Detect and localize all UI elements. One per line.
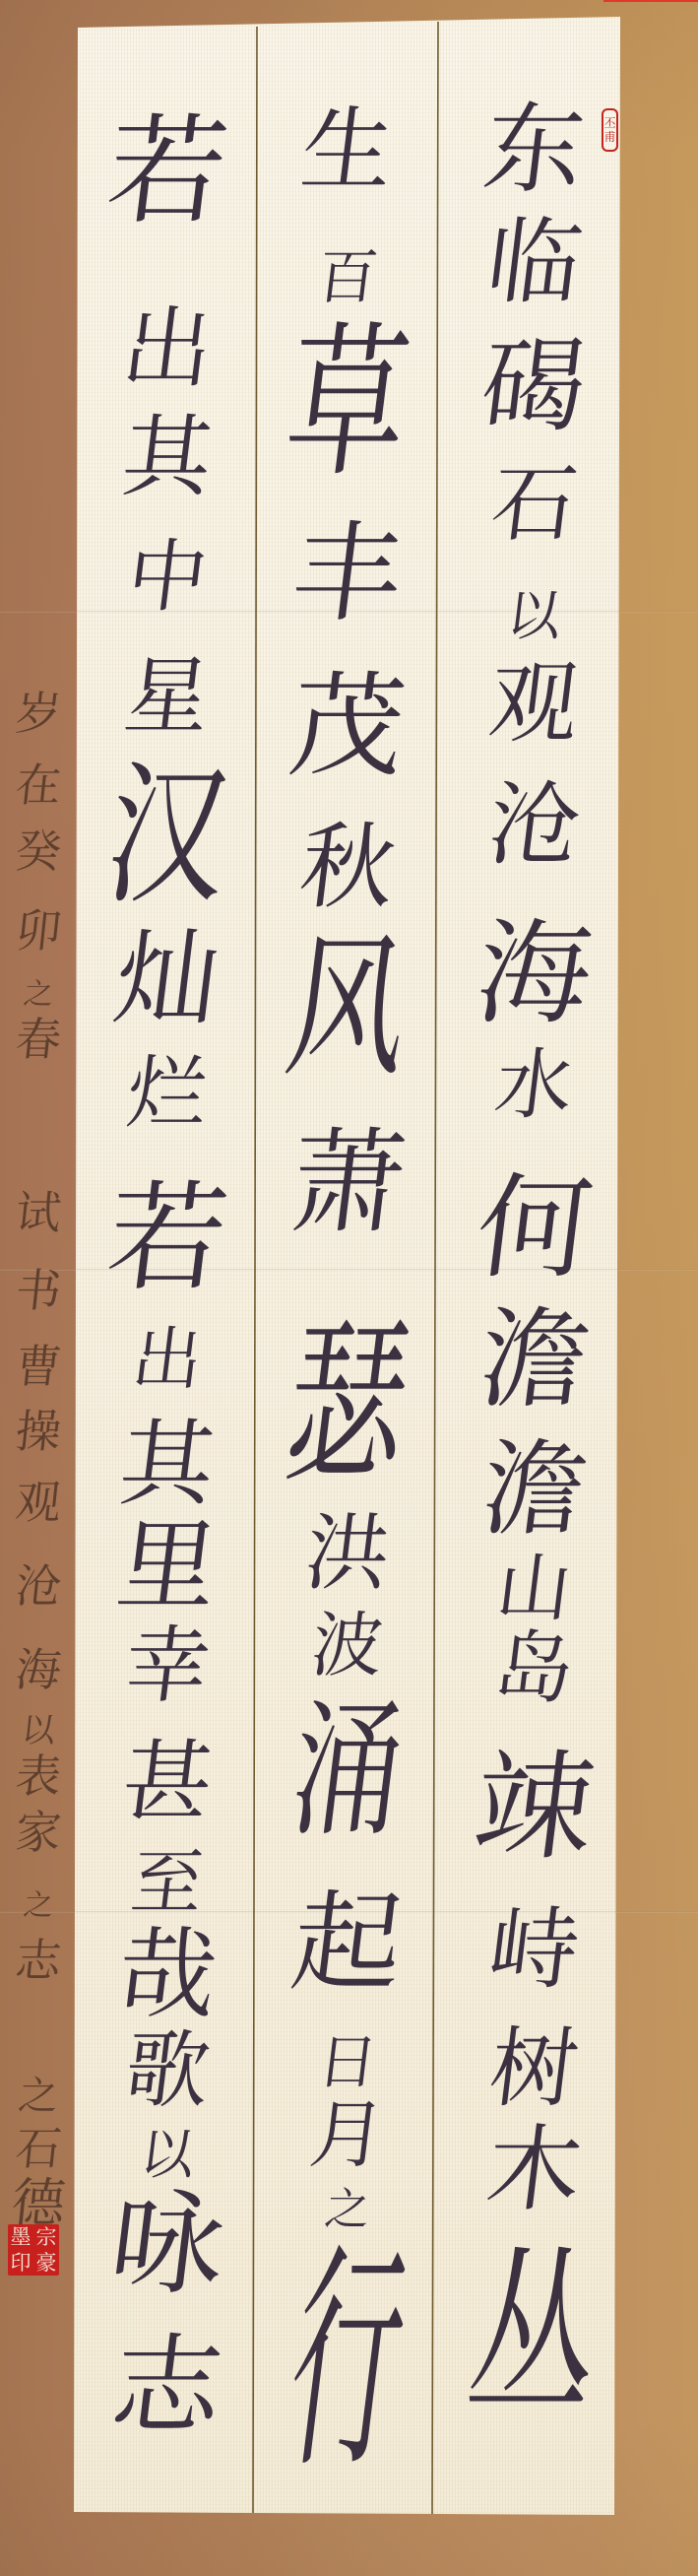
poem-char: 至 xyxy=(80,1847,256,1918)
poem-char: 澹 xyxy=(442,1438,627,1542)
inscription-char: 癸 xyxy=(8,828,70,874)
poem-char: 澹 xyxy=(441,1305,627,1414)
poem-char: 峙 xyxy=(442,1906,625,1995)
poem-char: 出 xyxy=(80,1325,256,1394)
inscription-char: 海 xyxy=(8,1647,70,1692)
poem-char: 海 xyxy=(441,918,627,1031)
poem-char: 其 xyxy=(78,1419,257,1512)
poem-char: 出 xyxy=(78,305,256,394)
inscription-char: 岁 xyxy=(8,691,70,736)
poem-char: 竦 xyxy=(441,1750,628,1868)
poem-char: 月 xyxy=(259,2098,435,2172)
poem-char: 咏 xyxy=(77,2189,258,2302)
poem-char: 萧 xyxy=(257,1127,438,1240)
poem-char: 百 xyxy=(260,248,434,307)
poem-char: 丛 xyxy=(437,2245,631,2424)
seal-char: 墨 xyxy=(8,2224,33,2250)
inscription-char: 卯 xyxy=(8,908,70,954)
seal-char: 宗 xyxy=(33,2224,59,2250)
poem-char: 风 xyxy=(254,933,440,1087)
poem-char: 星 xyxy=(79,655,256,739)
poem-char: 东 xyxy=(442,100,626,199)
poem-char: 幸 xyxy=(79,1624,256,1708)
poem-char: 灿 xyxy=(78,928,258,1031)
inscription-char: 家 xyxy=(8,1810,70,1855)
inscription-char: 沧 xyxy=(8,1563,70,1609)
inscription-char: 志 xyxy=(8,1938,70,1983)
inscription-char: 以 xyxy=(8,1714,69,1748)
poem-char: 里 xyxy=(78,1517,257,1616)
inscription-char: 试 xyxy=(8,1190,70,1235)
poem-char: 瑟 xyxy=(253,1318,442,1495)
inscription-char: 之 xyxy=(8,1891,68,1921)
poem-column-middle: 生 百 草 丰 茂 秋 风 萧 瑟 洪 波 涌 起 日 月 之 行 xyxy=(264,0,431,2576)
poem-char: 丰 xyxy=(257,519,438,627)
poem-char: 秋 xyxy=(258,822,437,915)
poem-column-right: 东 临 碣 石 以 观 沧 海 水 何 澹 澹 山 岛 竦 峙 树 木 丛 xyxy=(448,0,620,2576)
inscription-char: 春 xyxy=(8,1017,70,1062)
poem-char: 若 xyxy=(77,113,259,231)
poem-char: 中 xyxy=(79,538,256,617)
poem-char: 石 xyxy=(443,463,625,547)
calligraphy-scroll: 丕 甫 东 临 碣 石 以 观 沧 海 水 何 澹 澹 山 岛 竦 峙 树 木 … xyxy=(0,0,698,2576)
poem-char: 烂 xyxy=(79,1054,256,1133)
poem-char: 观 xyxy=(442,660,625,749)
poem-char: 起 xyxy=(257,1888,438,1997)
signature-char: 石 xyxy=(8,2126,70,2171)
poem-char: 以 xyxy=(81,2128,255,2182)
poem-char: 临 xyxy=(442,217,626,310)
inscription-char: 在 xyxy=(8,762,70,808)
inscription-char: 曹 xyxy=(8,1344,70,1389)
name-seal: 宗 豪 墨 印 xyxy=(8,2224,59,2276)
poem-column-left: 若 出 其 中 星 汉 灿 烂 若 出 其 里 幸 甚 至 哉 歌 以 咏 志 xyxy=(84,0,251,2576)
poem-char: 甚 xyxy=(78,1739,256,1827)
poem-char: 水 xyxy=(443,1047,625,1124)
inscription-char: 表 xyxy=(8,1753,70,1799)
poem-char: 木 xyxy=(442,2124,626,2217)
column-divider xyxy=(432,22,438,2514)
inscription-char: 观 xyxy=(8,1480,70,1525)
poem-char: 生 xyxy=(258,105,436,196)
poem-char: 草 xyxy=(254,322,442,488)
inscription-char: 之 xyxy=(8,980,68,1010)
seal-char: 印 xyxy=(8,2250,33,2276)
poem-char: 哉 xyxy=(78,1926,257,2024)
signature-char: 德 xyxy=(7,2177,70,2230)
column-divider xyxy=(253,27,257,2513)
poem-char: 波 xyxy=(260,1610,436,1681)
poem-char: 若 xyxy=(77,1180,259,1298)
poem-char: 涌 xyxy=(255,1698,440,1845)
poem-char: 何 xyxy=(441,1172,627,1286)
poem-char: 志 xyxy=(77,2332,258,2440)
inscription-char: 书 xyxy=(8,1268,70,1313)
signature-char: 之 xyxy=(8,2077,69,2116)
poem-char: 歌 xyxy=(79,2029,256,2113)
poem-char: 山 xyxy=(443,1552,624,1625)
inscription-column: 岁 在 癸 卯 之 春 试 书 曹 操 观 沧 海 以 表 家 之 志 之 石 … xyxy=(10,0,67,2576)
poem-char: 汉 xyxy=(74,760,260,914)
poem-char: 日 xyxy=(260,2033,434,2092)
poem-char: 其 xyxy=(78,414,256,502)
poem-char: 以 xyxy=(445,589,624,643)
poem-char: 行 xyxy=(249,2242,446,2480)
inscription-char: 操 xyxy=(8,1409,70,1454)
poem-char: 茂 xyxy=(257,671,438,784)
seal-char: 豪 xyxy=(33,2250,59,2276)
poem-char: 沧 xyxy=(442,780,625,871)
poem-char: 洪 xyxy=(259,1512,436,1596)
poem-char: 树 xyxy=(443,2025,626,2112)
poem-char: 岛 xyxy=(443,1629,625,1708)
poem-char: 碣 xyxy=(442,335,627,438)
